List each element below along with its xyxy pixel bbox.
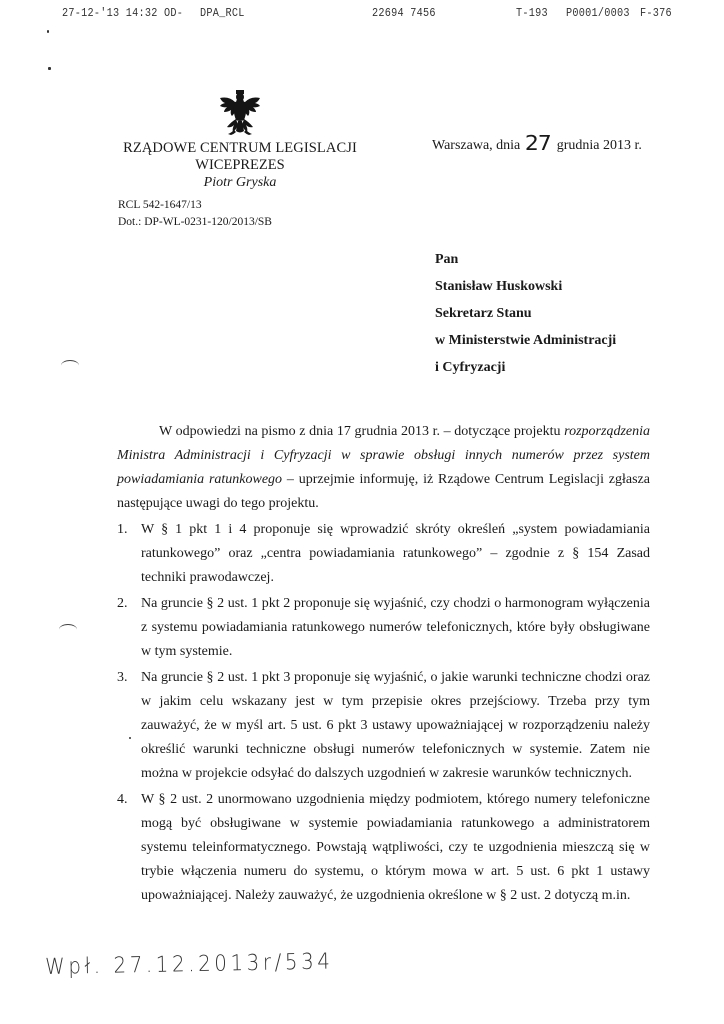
letterhead: RZĄDOWE CENTRUM LEGISLACJI WICEPREZES Pi… xyxy=(110,88,370,191)
remark-number: 2. xyxy=(117,592,128,616)
date-line: Warszawa, dnia 27 grudnia 2013 r. xyxy=(432,130,642,154)
addressee-line: Sekretarz Stanu xyxy=(435,300,616,327)
remark-item: 1. W § 1 pkt 1 i 4 proponuje się wprowad… xyxy=(117,518,650,590)
remarks-list: 1. W § 1 pkt 1 i 4 proponuje się wprowad… xyxy=(117,518,650,908)
remark-text: W § 2 ust. 2 unormowano uzgodnienia międ… xyxy=(141,792,650,903)
regarding-reference: Dot.: DP-WL-0231-120/2013/SB xyxy=(118,214,272,231)
addressee-line: w Ministerstwie Administracji xyxy=(435,327,616,354)
reference-block: RCL 542-1647/13 Dot.: DP-WL-0231-120/201… xyxy=(118,197,272,231)
polish-eagle-emblem-icon xyxy=(218,88,262,138)
remark-number: 4. xyxy=(117,788,128,812)
sender-name: Piotr Gryska xyxy=(110,175,370,191)
remark-number: 1. xyxy=(117,518,128,542)
remark-text: W § 1 pkt 1 i 4 proponuje się wprowadzić… xyxy=(141,522,650,585)
remark-item: 3. Na gruncie § 2 ust. 1 pkt 3 proponuje… xyxy=(117,666,650,786)
fax-transmission-id: T-193 xyxy=(516,6,548,20)
remark-item: 4. W § 2 ust. 2 unormowano uzgodnienia m… xyxy=(117,788,650,908)
intro-text: W odpowiedzi na pismo z dnia 17 grudnia … xyxy=(159,424,564,439)
addressee-line: Stanisław Huskowski xyxy=(435,273,616,300)
scan-speck xyxy=(48,67,51,70)
addressee-line: Pan xyxy=(435,246,616,273)
date-day-handwritten: 27 xyxy=(525,131,551,155)
reference-number: RCL 542-1647/13 xyxy=(118,197,272,214)
scan-speck xyxy=(47,30,49,33)
sender-position: WICEPREZES xyxy=(110,157,370,174)
date-suffix: grudnia 2013 r. xyxy=(557,138,642,153)
date-prefix: Warszawa, dnia xyxy=(432,138,520,153)
remark-text: Na gruncie § 2 ust. 1 pkt 3 proponuje si… xyxy=(141,670,650,781)
punch-hole-mark xyxy=(59,624,77,635)
scan-speck xyxy=(129,737,131,739)
fax-timestamp: 27-12-'13 14:32 OD- xyxy=(62,6,183,20)
punch-hole-mark xyxy=(61,360,79,371)
remark-text: Na gruncie § 2 ust. 1 pkt 2 proponuje si… xyxy=(141,596,650,659)
intro-paragraph: W odpowiedzi na pismo z dnia 17 grudnia … xyxy=(117,420,650,516)
organization-name: RZĄDOWE CENTRUM LEGISLACJI xyxy=(110,140,370,157)
letter-body: W odpowiedzi na pismo z dnia 17 grudnia … xyxy=(117,420,650,908)
fax-header: 27-12-'13 14:32 OD- DPA_RCL 22694 7456 T… xyxy=(0,6,724,22)
addressee-block: Pan Stanisław Huskowski Sekretarz Stanu … xyxy=(435,246,616,381)
fax-form-id: F-376 xyxy=(640,6,672,20)
remark-number: 3. xyxy=(117,666,128,690)
addressee-line: i Cyfryzacji xyxy=(435,354,616,381)
remark-item: 2. Na gruncie § 2 ust. 1 pkt 2 proponuje… xyxy=(117,592,650,664)
fax-sender: DPA_RCL xyxy=(200,6,245,20)
fax-page-count: P0001/0003 xyxy=(566,6,630,20)
fax-number: 22694 7456 xyxy=(372,6,436,20)
handwritten-receipt-note: Wpł. 27.12.2013r/534 xyxy=(45,949,334,980)
